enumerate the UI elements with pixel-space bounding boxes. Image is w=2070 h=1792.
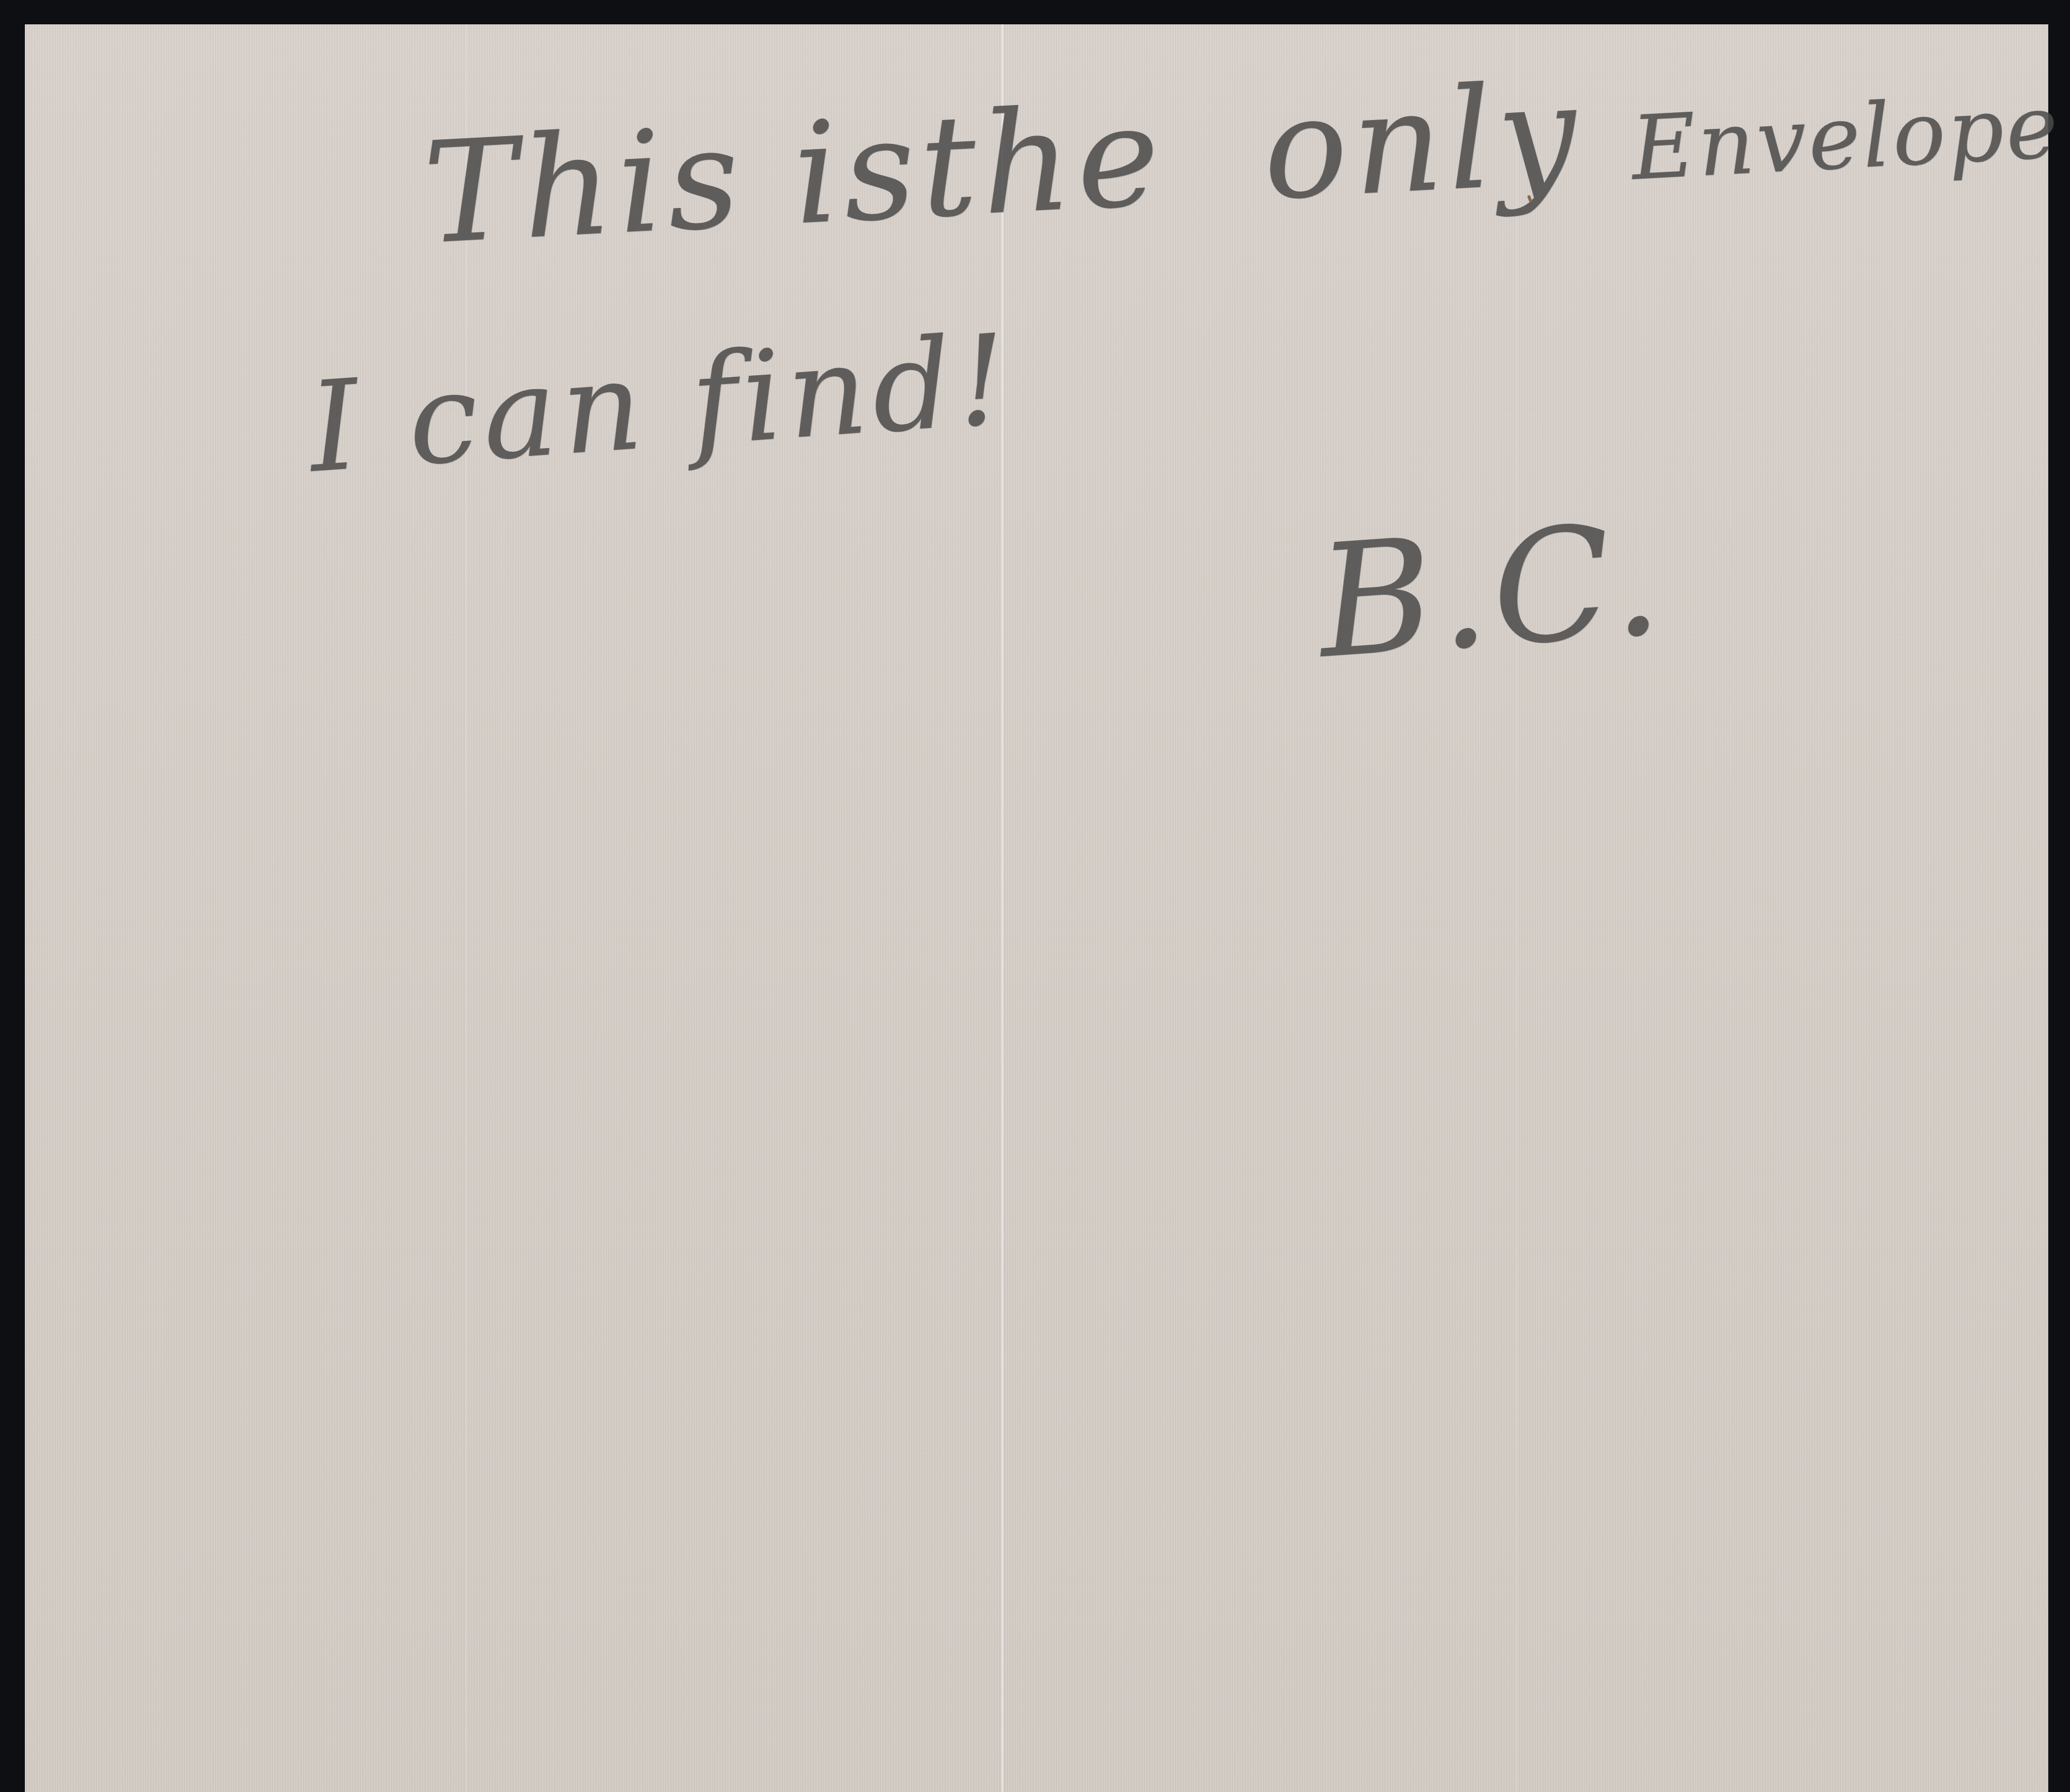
scan-background: This isthe only Envelope I can find! B.C… [0, 0, 2070, 1792]
paper-fold-line [1515, 24, 1518, 1792]
paper-sheet: This isthe only Envelope I can find! B.C… [25, 24, 2048, 1792]
handwritten-line-2: I can find! [304, 307, 1016, 500]
word: This [420, 96, 749, 275]
word-envelope: Envelope [1629, 76, 2063, 200]
word: is [789, 86, 924, 256]
word: the [916, 73, 1169, 249]
paper-fold-line [465, 24, 468, 1792]
handwritten-line-1: This isthe only Envelope [420, 27, 2063, 275]
line-text: I can find! [304, 307, 1016, 500]
signature-text: B.C. [1313, 488, 1672, 693]
paper-fold-line [1000, 24, 1004, 1792]
word: only [1259, 52, 1586, 231]
signature-initials: B.C. [1313, 488, 1672, 693]
